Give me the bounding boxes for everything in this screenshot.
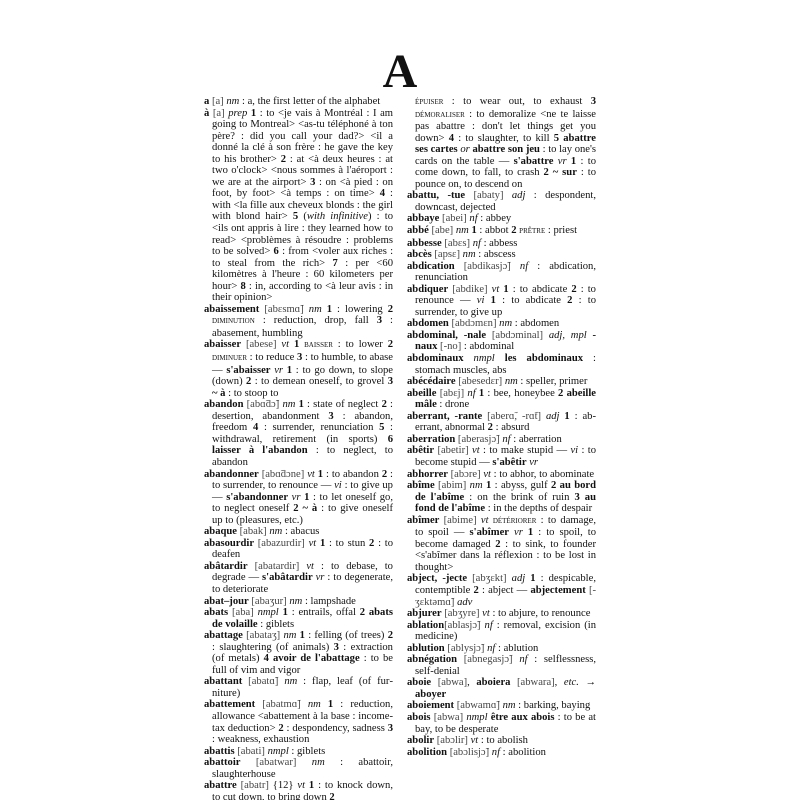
sense-marker: 2 (369, 538, 374, 549)
dictionary-entry: abattement [abatmɑ̃] nm 1 : reduction, a… (204, 699, 393, 745)
part-of-speech: nf (519, 654, 527, 665)
headword: abhorrer (407, 469, 448, 480)
dictionary-entry: abasourdir [abazurdir] vt 1 : to stun 2 … (204, 538, 393, 561)
dictionary-entry: abdomen [abdɔmɛn] nm : abdomen (407, 318, 596, 330)
sense-marker: 4 (253, 422, 258, 433)
pronunciation: [abdikasjɔ̃] (464, 261, 511, 272)
pronunciation: [abwara] (517, 677, 555, 688)
headword: abois (407, 712, 431, 723)
sense-marker: 2 (488, 422, 493, 433)
part-of-speech: vt (306, 561, 314, 572)
sense-marker: 4 avoir de l'a­battage (264, 653, 360, 664)
part-of-speech: nm (226, 96, 239, 107)
headword: à (204, 108, 209, 119)
italic-note: etc. (564, 677, 579, 688)
sense-marker: 1 (315, 469, 323, 480)
headword: ablution (407, 643, 445, 654)
part-of-speech: vt (481, 515, 489, 526)
headword: abécédaire (407, 376, 456, 387)
pronunciation: [abim] (438, 480, 466, 491)
pronunciation: [abɛsmɑ̃] (264, 304, 303, 315)
part-of-speech: vr (514, 527, 523, 538)
part-of-speech: nm (456, 225, 469, 236)
part-of-speech: nm (505, 376, 518, 387)
sense-marker: 1 (483, 480, 492, 491)
sense-marker: 1 (295, 399, 303, 410)
sense-marker: 2 (278, 723, 283, 734)
headword: abîme (407, 480, 435, 491)
part-of-speech: vt (307, 469, 315, 480)
headword: abbé (407, 225, 429, 236)
part-of-speech: vt (471, 735, 479, 746)
dictionary-entry: abject, -jecte [abʒɛkt] adj 1 : despica­… (407, 573, 596, 608)
headword: abject, -jecte (407, 573, 467, 584)
part-of-speech: vt (281, 339, 289, 350)
pronunciation: [abe] (431, 225, 453, 236)
pronunciation: [abati] (237, 746, 265, 757)
dictionary-entry: abnégation [abnegasjɔ̃] nf : selfless­ne… (407, 654, 596, 677)
part-of-speech: nm (283, 630, 296, 641)
pronunciation: [a] (212, 96, 224, 107)
sense-marker: 2 (495, 539, 500, 550)
headword: abîmer (407, 515, 439, 526)
sense-marker: 2 (567, 295, 572, 306)
dictionary-entry: abeille [abɛj] nf 1 : bee, honeybee 2 ab… (407, 388, 596, 411)
sense-marker: 3 (377, 315, 382, 326)
sense-marker: 3 (297, 352, 302, 363)
part-of-speech: adj (512, 573, 526, 584)
part-of-speech: vr (558, 156, 567, 167)
sense-marker: 2 (277, 154, 286, 165)
sense-marker: 2 (329, 792, 334, 800)
headword: abaissement (204, 304, 259, 315)
part-of-speech: vi (334, 480, 342, 491)
pronunciation: [abwa] (438, 677, 467, 688)
headword: abasourdir (204, 538, 254, 549)
headword: abandon (204, 399, 243, 410)
pronunciation: [abak] (240, 526, 267, 537)
part-of-speech: adj (546, 411, 560, 422)
headword: abaisser (204, 339, 241, 350)
pronunciation: [abnegasjɔ̃] (464, 654, 513, 665)
headword: abolition (407, 747, 447, 758)
sense-marker: 1 (316, 538, 325, 549)
pronunciation: [abɛs] (444, 238, 470, 249)
usage-label: détériorer (493, 516, 537, 526)
sense-marker: les abdominaux (505, 353, 583, 364)
sense-marker: aboyer (415, 689, 446, 700)
dictionary-entry: ablution [ablysjɔ̃] nf : ablution (407, 643, 596, 655)
headword: a (204, 96, 209, 107)
headword: abcès (407, 249, 432, 260)
sense-marker: 2 ~ à (293, 503, 317, 514)
part-of-speech: nm (282, 399, 295, 410)
italic-note: or (460, 144, 469, 155)
part-of-speech: nmpl (258, 607, 279, 618)
pronunciation: [abatr] (241, 780, 269, 791)
headword: abandonner (204, 469, 259, 480)
headword: abats (204, 607, 228, 618)
sense-marker: abattre son jeu (472, 144, 540, 155)
sense-marker: 3 (307, 177, 316, 188)
headword: aboiement (407, 700, 454, 711)
pronunciation: [abatardir] (255, 561, 300, 572)
usage-label: diminution (212, 316, 255, 326)
pronunciation: [aberasjɔ̃] (458, 434, 500, 445)
part-of-speech: vt (472, 445, 480, 456)
dictionary-entry: abattant [abatɑ̃] nm : flap, leaf (of fu… (204, 676, 393, 699)
part-of-speech: vt (482, 608, 490, 619)
headword: abbesse (407, 238, 442, 249)
pronunciation: [abei] (442, 213, 467, 224)
headword: abaque (204, 526, 237, 537)
headword: abnégation (407, 654, 457, 665)
part-of-speech: vt (297, 780, 305, 791)
dictionary-entry: abattoir [abatwar] nm : abattoir, slaugh… (204, 757, 393, 780)
pronunciation: [ablysjɔ̃] (447, 643, 484, 654)
pronunciation: [abʒɛkt] (472, 573, 506, 584)
sense-marker: 1 (279, 607, 288, 618)
headword: abattage (204, 630, 243, 641)
headword: aboie (407, 677, 431, 688)
part-of-speech: vr (529, 457, 538, 468)
part-of-speech: nm (499, 318, 512, 329)
sense-marker: 2 (388, 339, 393, 350)
pronunciation: [abatmɑ̃] (262, 699, 300, 710)
sense-marker: 2 (246, 376, 251, 387)
sense-marker: 3 (388, 723, 393, 734)
dictionary-entry: abbesse [abɛs] nf : abbess (407, 238, 596, 250)
dictionary-columns: a [a] nm : a, the first letter of the al… (204, 96, 596, 800)
dictionary-entry: abaque [abak] nm : abacus (204, 526, 393, 538)
pronunciation: [abazurdir] (258, 538, 305, 549)
right-column: épuiser : to wear out, to exhaust 3 démo… (407, 96, 596, 800)
pronunciation: [abesedɛr] (458, 376, 502, 387)
sense-marker: 2 (474, 585, 479, 596)
dictionary-entry: abattre [abatr] {12} vt 1 : to knock dow… (204, 780, 393, 800)
sense-marker: 8 (237, 281, 245, 292)
headword: abattant (204, 676, 242, 687)
sense-marker: 1 (289, 339, 299, 350)
pronunciation: [abdike] (452, 284, 487, 295)
sense-marker: 5 (288, 211, 298, 222)
dictionary-entry: abolir [abɔlir] vt : to abolish (407, 735, 596, 747)
pronunciation: [abetir] (437, 445, 468, 456)
dictionary-entry: abattu, -tue [abaty] adj : despondent, d… (407, 190, 596, 213)
part-of-speech: nm (284, 676, 297, 687)
part-of-speech: nm (308, 699, 321, 710)
pronunciation: [abese] (246, 339, 277, 350)
pronunciation: [abatwar] (256, 757, 297, 768)
sense-marker: 1 (321, 699, 333, 710)
pronunciation: [abaty] (473, 190, 503, 201)
dictionary-entry: abat–jour [abaʒur] nm : lampshade (204, 596, 393, 608)
headword: abdominal, -nale (407, 330, 486, 341)
sense-marker: 1 (525, 573, 535, 584)
headword: abdication (407, 261, 455, 272)
entry-continuation: épuiser : to wear out, to exhaust 3 démo… (407, 96, 596, 190)
dictionary-entry: abêtir [abetir] vt : to make stupid — vi… (407, 445, 596, 468)
sense-marker: 3 ~ à (212, 376, 393, 399)
dictionary-entry: abcès [apsɛ] nm : abscess (407, 249, 596, 261)
part-of-speech: vi (570, 445, 578, 456)
part-of-speech: adj, mpl (549, 330, 587, 341)
dictionary-entry: abhorrer [abɔre] vt : to abhor, to abom­… (407, 469, 596, 481)
dictionary-entry: abdiquer [abdike] vt 1 : to abdicate 2 :… (407, 284, 596, 319)
sense-marker: ab­jectement (530, 585, 585, 596)
left-column: a [a] nm : a, the first letter of the al… (204, 96, 393, 800)
part-of-speech: nmpl (466, 712, 487, 723)
dictionary-entry: abaisser [abese] vt 1 baisser : to lower… (204, 339, 393, 399)
pronunciation: [abɔre] (451, 469, 481, 480)
dictionary-entry: abbé [abe] nm 1 : abbot 2 prêtre : pries… (407, 225, 596, 238)
sense-marker: 6 (270, 246, 279, 257)
headword: abattre (204, 780, 237, 791)
part-of-speech: nm (309, 304, 322, 315)
dictionary-entry: abîmer [abime] vt détériorer : to dam­ag… (407, 515, 596, 574)
part-of-speech: nf (467, 388, 475, 399)
part-of-speech: nf (492, 747, 500, 758)
sense-marker: 1 (296, 630, 305, 641)
sense-marker: aboiera (476, 677, 510, 688)
part-of-speech: nf (485, 620, 493, 631)
dictionary-entry: abats [aba] nmpl 1 : entrails, offal 2 a… (204, 607, 393, 630)
pronunciation: [abɔlisjɔ̃] (450, 747, 489, 758)
sense-marker: 2 (511, 225, 516, 236)
part-of-speech: nmpl (268, 746, 289, 757)
pronunciation: [abatɑ̃] (248, 676, 278, 687)
pronunciation: [ablasjɔ̃] (444, 620, 480, 631)
part-of-speech: nf (473, 238, 481, 249)
pronunciation: [aberɑ̃, -rɑ̃t] (487, 411, 541, 422)
usage-label: démoraliser (415, 110, 465, 120)
sense-marker: 1 (476, 388, 485, 399)
headword: aberration (407, 434, 455, 445)
sense-marker: 2 (571, 284, 576, 295)
headword: abêtir (407, 445, 434, 456)
section-letter-heading: A (0, 48, 800, 96)
dictionary-entry: abdication [abdikasjɔ̃] nf : abdication,… (407, 261, 596, 284)
sense-marker: 1 (283, 365, 292, 376)
sense-marker: 3 (334, 642, 339, 653)
usage-label: épuiser (415, 97, 443, 107)
part-of-speech: adv (457, 597, 472, 608)
headword: abolir (407, 735, 434, 746)
dictionary-entry: aboie [abwa], aboiera [abwara], etc. → a… (407, 677, 596, 700)
pronunciation: [abaʒur] (251, 596, 286, 607)
sense-marker: 1 (247, 108, 256, 119)
sense-marker: 3 (328, 411, 333, 422)
pronunciation: [-no] (440, 341, 461, 352)
headword: abat–jour (204, 596, 249, 607)
dictionary-entry: abîme [abim] nm 1 : abyss, gulf 2 au bor… (407, 480, 596, 515)
part-of-speech: prep (228, 108, 247, 119)
dictionary-entry: aboiement [abwamɑ̃] nm : barking, baying (407, 700, 596, 712)
headword: abattoir (204, 757, 240, 768)
pronunciation: [abime] (444, 515, 477, 526)
sense-marker: 2 (388, 304, 393, 315)
dictionary-entry: aberrant, -rante [aberɑ̃, -rɑ̃t] adj 1 :… (407, 411, 596, 434)
part-of-speech: vr (274, 365, 283, 376)
italic-note: with infinitive (307, 211, 368, 222)
sense-marker: 2 (382, 399, 387, 410)
headword: abeille (407, 388, 436, 399)
usage-label: diminuer (212, 353, 247, 363)
sense-marker: 1 (567, 156, 577, 167)
part-of-speech: vr (316, 572, 325, 583)
part-of-speech: adj (512, 190, 526, 201)
sense-marker: 1 (305, 780, 314, 791)
pronunciation: [abdɔmɛn] (451, 318, 496, 329)
pronunciation: [a] (213, 108, 225, 119)
sense-marker: 2 ~ sur (543, 167, 576, 178)
part-of-speech: nf (469, 213, 477, 224)
sense-marker: s'abâtardir (262, 572, 313, 583)
headword: abattement (204, 699, 255, 710)
dictionary-entry: abois [abwa] nmpl être aux abois : to be… (407, 712, 596, 735)
part-of-speech: nf (502, 434, 510, 445)
pronunciation: [abwa] (434, 712, 463, 723)
sense-marker: 6 laisser à l'abandon (212, 434, 393, 457)
headword: abdomen (407, 318, 449, 329)
part-of-speech: nm (289, 596, 302, 607)
pronunciation: [abɑ̃dɔ̃] (247, 399, 280, 410)
sense-marker: 1 (469, 225, 477, 236)
sense-marker: 1 (523, 527, 533, 538)
sense-marker: 4 (375, 188, 385, 199)
sense-marker: 5 (379, 422, 384, 433)
sense-marker: 1 (322, 304, 332, 315)
sense-marker: 2 (388, 630, 393, 641)
pronunciation: [aba] (232, 607, 254, 618)
headword: abattis (204, 746, 235, 757)
headword: abbaye (407, 213, 439, 224)
sense-marker: 3 (591, 96, 596, 107)
dictionary-entry: abjurer [abʒyre] vt : to abjure, to re­n… (407, 608, 596, 620)
pronunciation: [abɔlir] (437, 735, 468, 746)
sense-marker: s'abîmer (470, 527, 509, 538)
part-of-speech: nm (463, 249, 476, 260)
headword: abâtardir (204, 561, 248, 572)
headword: aberrant, -rante (407, 411, 482, 422)
part-of-speech: nm (269, 526, 282, 537)
dictionary-entry: abandonner [abɑ̃dɔne] vt 1 : to aban­don… (204, 469, 393, 527)
sense-marker: s'abaisser (226, 365, 270, 376)
sense-marker: 1 (499, 284, 508, 295)
sense-marker: 2 (382, 469, 387, 480)
pronunciation: [abwamɑ̃] (457, 700, 500, 711)
part-of-speech: nm (470, 480, 483, 491)
dictionary-entry: à [a] prep 1 : to <je vais à Montréal : … (204, 108, 393, 304)
sense-marker: s'abêtir (492, 457, 526, 468)
dictionary-entry: abattis [abati] nmpl : giblets (204, 746, 393, 758)
sense-marker: 1 (300, 492, 309, 503)
pronunciation: [apsɛ] (434, 249, 460, 260)
part-of-speech: nmpl (474, 353, 495, 364)
pronunciation: [abʒyre] (444, 608, 479, 619)
pronunciation: [abataʒ] (246, 630, 280, 641)
sense-marker: 1 (560, 411, 570, 422)
part-of-speech: nf (487, 643, 495, 654)
dictionary-entry: abdominal, -nale [abdɔminal] adj, mpl -n… (407, 330, 596, 353)
part-of-speech: nf (520, 261, 528, 272)
pronunciation: [abdɔminal] (492, 330, 543, 341)
pronunciation: [abɑ̃dɔne] (262, 469, 305, 480)
dictionary-entry: abdominaux nmpl les abdominaux : stomach… (407, 353, 596, 376)
dictionary-entry: abécédaire [abesedɛr] nm : speller, prim… (407, 376, 596, 388)
dictionary-entry: abaissement [abɛsmɑ̃] nm 1 : lowering 2 … (204, 304, 393, 340)
dictionary-entry: abâtardir [abatardir] vt : to debase, to… (204, 561, 393, 596)
dictionary-entry: abbaye [abei] nf : abbey (407, 213, 596, 225)
sense-marker: être aux abois (491, 712, 555, 723)
headword: abattu, -tue (407, 190, 465, 201)
part-of-speech: nm (503, 700, 516, 711)
dictionary-entry: abandon [abɑ̃dɔ̃] nm 1 : state of neglec… (204, 399, 393, 468)
sense-marker: 4 (449, 133, 454, 144)
sense-marker: s'abattre (514, 156, 554, 167)
dictionary-entry: abolition [abɔlisjɔ̃] nf : abolition (407, 747, 596, 759)
part-of-speech: nm (312, 757, 325, 768)
dictionary-entry: abattage [abataʒ] nm 1 : felling (of tre… (204, 630, 393, 676)
sense-marker: 1 (484, 295, 495, 306)
headword: ablation (407, 620, 444, 631)
headword: abdominaux (407, 353, 464, 364)
usage-label: prêtre (519, 226, 545, 236)
headword: abdiquer (407, 284, 448, 295)
dictionary-entry: a [a] nm : a, the first letter of the al… (204, 96, 393, 108)
dictionary-entry: ablation[ablasjɔ̃] nf : removal, excisio… (407, 620, 596, 643)
sense-marker: s'abandonner (226, 492, 288, 503)
dictionary-entry: aberration [aberasjɔ̃] nf : aberration (407, 434, 596, 446)
part-of-speech: vt (483, 469, 491, 480)
pronunciation: [abɛj] (440, 388, 464, 399)
headword: abjurer (407, 608, 442, 619)
sense-marker: 7 (325, 258, 338, 269)
usage-label: baisser (304, 340, 333, 350)
